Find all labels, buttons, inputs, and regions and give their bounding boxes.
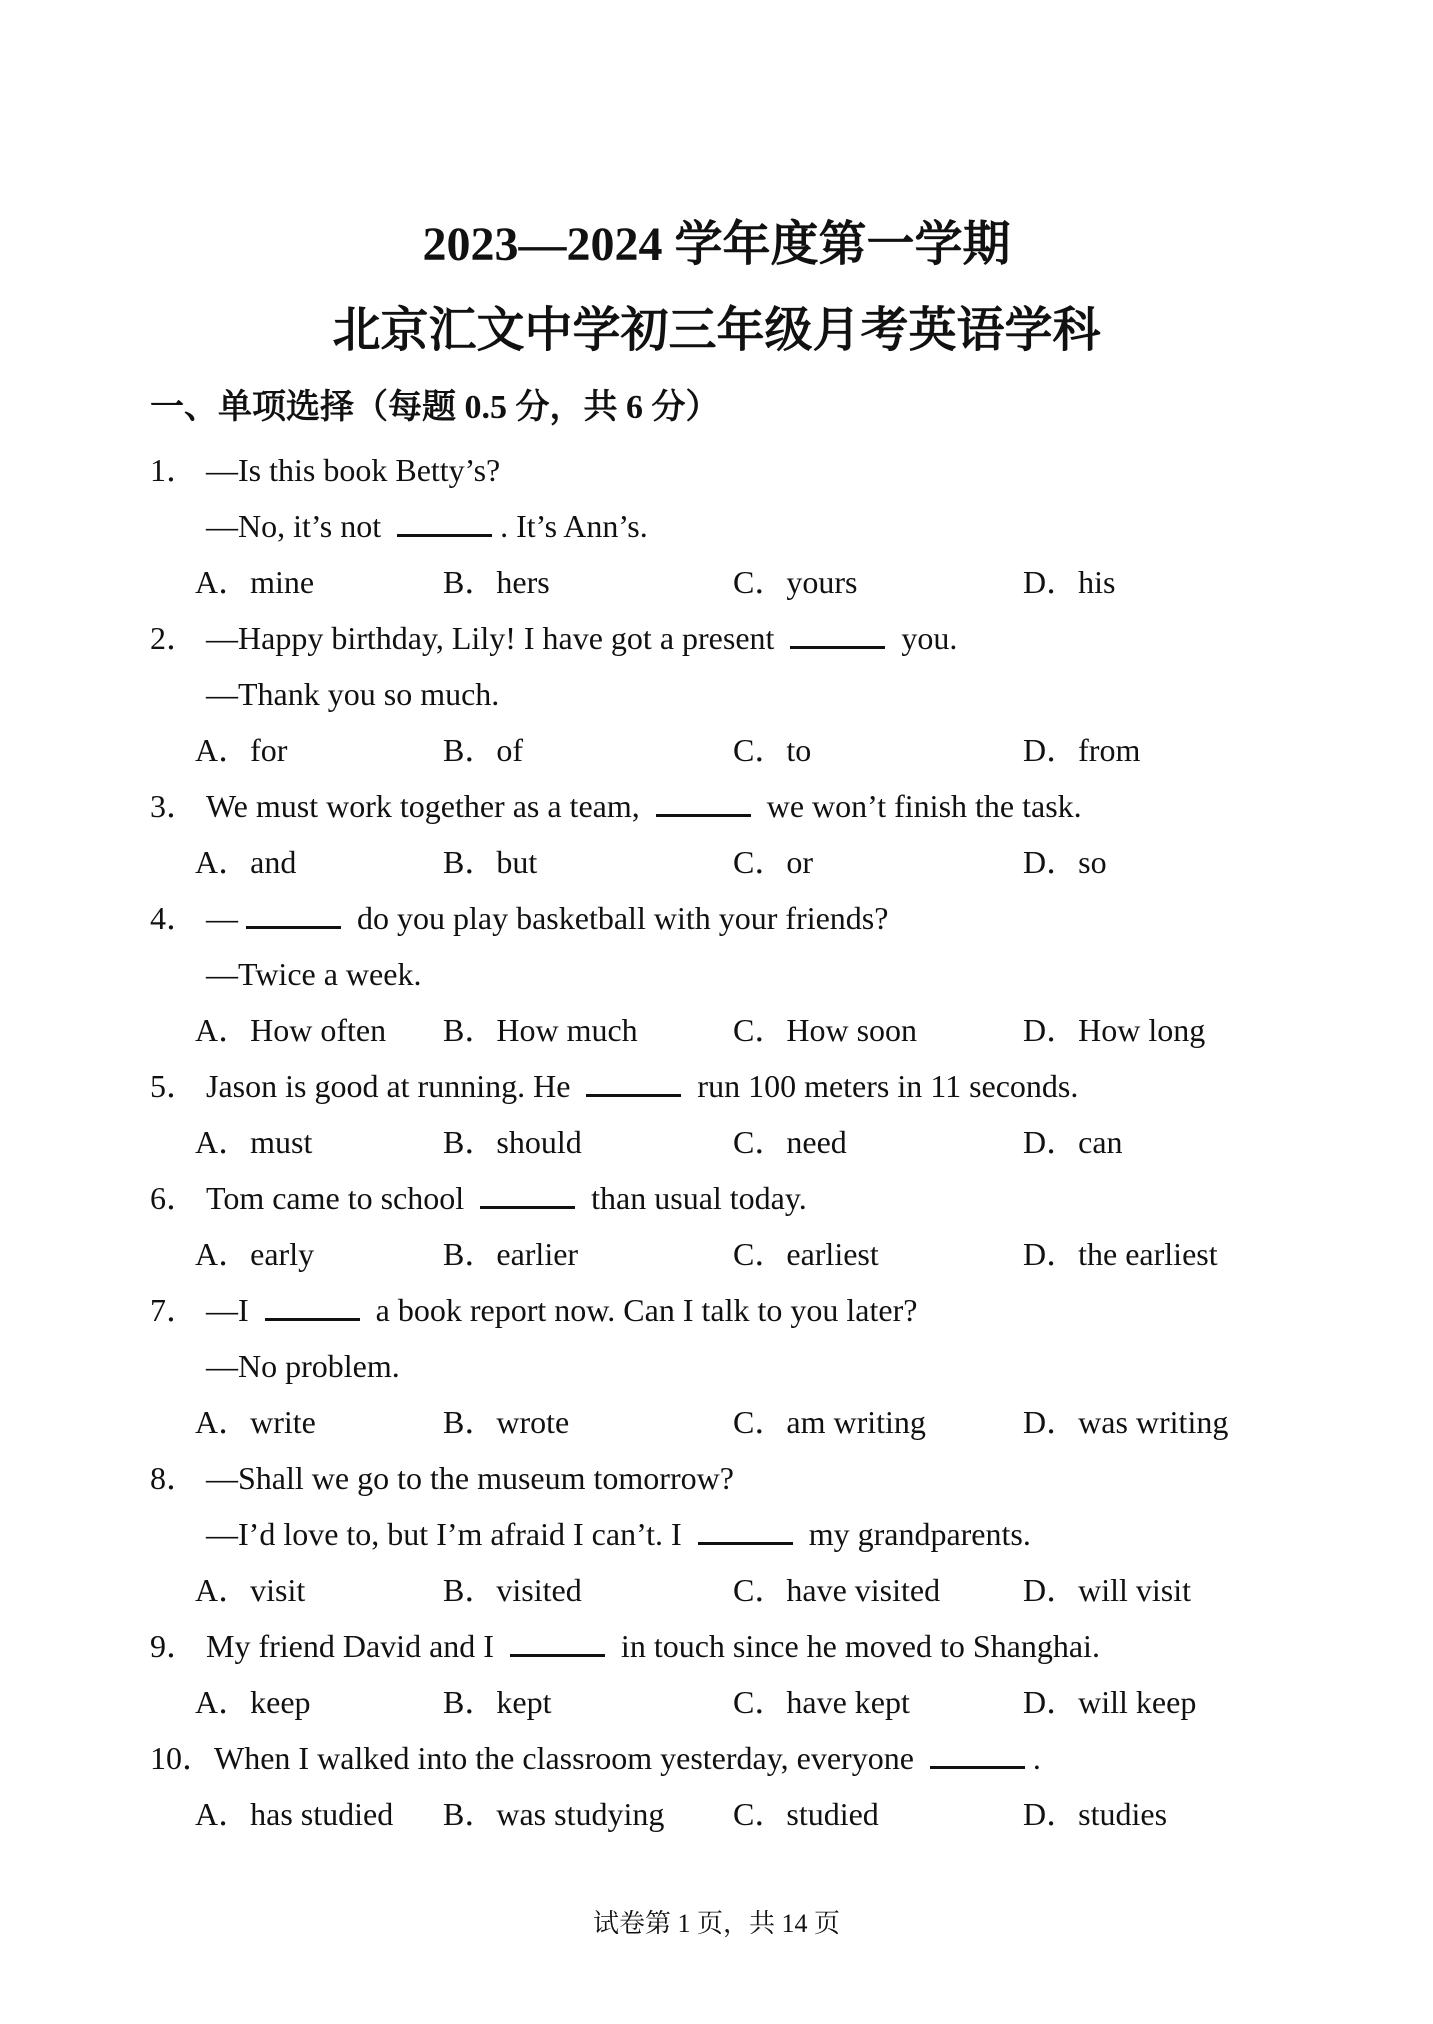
question-text: —I [206, 1292, 257, 1328]
option-text: visited [496, 1572, 581, 1608]
question-text: we won’t finish the task. [759, 788, 1082, 824]
option-D: D．so [1023, 834, 1343, 890]
question-text: My friend David and I [206, 1628, 502, 1664]
questions: 1．—Is this book Betty’s?—No, it’s not . … [150, 442, 1343, 1842]
option-label: A． [195, 1572, 250, 1608]
question-line: 9．My friend David and I in touch since h… [150, 1618, 1343, 1674]
option-label: D． [1023, 1012, 1078, 1048]
option-label: B． [443, 564, 496, 600]
option-B: B．but [443, 834, 733, 890]
question-line: 7．—I a book report now. Can I talk to yo… [150, 1282, 1343, 1338]
option-text: must [250, 1124, 312, 1160]
question-number: 2． [150, 610, 206, 666]
option-text: have kept [786, 1684, 910, 1720]
option-label: C． [733, 732, 786, 768]
options-row: A．earlyB．earlierC．earliestD．the earliest [150, 1226, 1343, 1282]
question-number: 9． [150, 1618, 206, 1674]
option-B: B．kept [443, 1674, 733, 1730]
option-A: A．early [195, 1226, 443, 1282]
option-C: C．have visited [733, 1562, 1023, 1618]
answer-blank-q2 [790, 619, 885, 649]
option-D: D．can [1023, 1114, 1343, 1170]
option-label: A． [195, 732, 250, 768]
option-label: B． [443, 1572, 496, 1608]
question-line: —I’d love to, but I’m afraid I can’t. I … [150, 1506, 1343, 1562]
option-C: C．studied [733, 1786, 1023, 1842]
question-text: —No, it’s not [206, 508, 389, 544]
question-9: 9．My friend David and I in touch since h… [150, 1618, 1343, 1730]
question-text: Jason is good at running. He [206, 1068, 578, 1104]
question-text: Tom came to school [206, 1180, 472, 1216]
option-label: B． [443, 732, 496, 768]
option-C: C．or [733, 834, 1023, 890]
question-text: —Thank you so much. [206, 676, 499, 712]
option-label: D． [1023, 844, 1078, 880]
question-line: 2．—Happy birthday, Lily! I have got a pr… [150, 610, 1343, 666]
answer-blank-q3 [656, 787, 751, 817]
option-label: C． [733, 1404, 786, 1440]
option-D: D．his [1023, 554, 1343, 610]
question-line: 10．When I walked into the classroom yest… [150, 1730, 1343, 1786]
question-text: run 100 meters in 11 seconds. [689, 1068, 1078, 1104]
option-label: C． [733, 564, 786, 600]
question-5: 5．Jason is good at running. He run 100 m… [150, 1058, 1343, 1170]
option-text: wrote [496, 1404, 569, 1440]
option-B: B．wrote [443, 1394, 733, 1450]
question-number: 4． [150, 890, 206, 946]
question-text: than usual today. [583, 1180, 807, 1216]
answer-blank-q4 [246, 899, 341, 929]
option-text: can [1078, 1124, 1122, 1160]
question-3: 3．We must work together as a team, we wo… [150, 778, 1343, 890]
question-4: 4．— do you play basketball with your fri… [150, 890, 1343, 1058]
option-text: yours [786, 564, 857, 600]
option-text: has studied [250, 1796, 393, 1832]
question-text: do you play basketball with your friends… [349, 900, 888, 936]
options-row: A．forB．ofC．toD．from [150, 722, 1343, 778]
option-B: B．of [443, 722, 733, 778]
question-number: 3． [150, 778, 206, 834]
option-D: D．How long [1023, 1002, 1343, 1058]
option-C: C．to [733, 722, 1023, 778]
option-label: A． [195, 1796, 250, 1832]
option-label: A． [195, 564, 250, 600]
question-line: —No, it’s not . It’s Ann’s. [150, 498, 1343, 554]
option-label: B． [443, 1012, 496, 1048]
option-text: or [786, 844, 813, 880]
option-label: D． [1023, 564, 1078, 600]
question-line: 8．—Shall we go to the museum tomorrow? [150, 1450, 1343, 1506]
question-line: 3．We must work together as a team, we wo… [150, 778, 1343, 834]
option-text: to [786, 732, 811, 768]
option-text: so [1078, 844, 1106, 880]
option-text: the earliest [1078, 1236, 1217, 1272]
page-footer: 试卷第 1 页，共 14 页 [90, 1908, 1343, 1940]
option-text: will visit [1078, 1572, 1191, 1608]
option-text: studies [1078, 1796, 1167, 1832]
option-label: D． [1023, 1796, 1078, 1832]
exam-paper-page: 2023—2024 学年度第一学期 北京汇文中学初三年级月考英语学科 一、单项选… [0, 0, 1433, 2024]
option-text: How much [496, 1012, 637, 1048]
question-number: 1． [150, 442, 206, 498]
option-label: C． [733, 1012, 786, 1048]
question-text: you. [893, 620, 957, 656]
option-text: earliest [786, 1236, 878, 1272]
question-text: in touch since he moved to Shanghai. [613, 1628, 1100, 1664]
question-text: —No problem. [206, 1348, 400, 1384]
option-C: C．need [733, 1114, 1023, 1170]
option-text: visit [250, 1572, 305, 1608]
option-D: D．studies [1023, 1786, 1343, 1842]
options-row: A．keepB．keptC．have keptD．will keep [150, 1674, 1343, 1730]
option-label: B． [443, 1124, 496, 1160]
question-line: —Twice a week. [150, 946, 1343, 1002]
options-row: A．andB．butC．orD．so [150, 834, 1343, 890]
option-B: B．was studying [443, 1786, 733, 1842]
option-label: B． [443, 1236, 496, 1272]
option-text: his [1078, 564, 1115, 600]
answer-blank-q10 [930, 1739, 1025, 1769]
option-text: early [250, 1236, 314, 1272]
option-label: D． [1023, 1236, 1078, 1272]
option-text: am writing [786, 1404, 926, 1440]
option-text: for [250, 732, 287, 768]
option-C: C．yours [733, 554, 1023, 610]
option-label: B． [443, 844, 496, 880]
option-label: B． [443, 1684, 496, 1720]
question-7: 7．—I a book report now. Can I talk to yo… [150, 1282, 1343, 1450]
option-B: B．earlier [443, 1226, 733, 1282]
question-text: . It’s Ann’s. [500, 508, 648, 544]
option-A: A．How often [195, 1002, 443, 1058]
option-label: A． [195, 1236, 250, 1272]
option-C: C．am writing [733, 1394, 1023, 1450]
question-number: 6． [150, 1170, 206, 1226]
option-label: B． [443, 1796, 496, 1832]
option-C: C．earliest [733, 1226, 1023, 1282]
option-text: was studying [496, 1796, 664, 1832]
option-label: D． [1023, 1572, 1078, 1608]
option-text: How soon [786, 1012, 917, 1048]
option-text: of [496, 732, 523, 768]
question-text: a book report now. Can I talk to you lat… [368, 1292, 918, 1328]
answer-blank-q1 [397, 507, 492, 537]
option-text: keep [250, 1684, 310, 1720]
option-A: A．has studied [195, 1786, 443, 1842]
option-label: A． [195, 844, 250, 880]
option-D: D．from [1023, 722, 1343, 778]
question-line: 6．Tom came to school than usual today. [150, 1170, 1343, 1226]
option-text: but [496, 844, 537, 880]
answer-blank-q7 [265, 1291, 360, 1321]
options-row: A．mineB．hersC．yoursD．his [150, 554, 1343, 610]
option-B: B．visited [443, 1562, 733, 1618]
question-text: We must work together as a team, [206, 788, 648, 824]
option-label: B． [443, 1404, 496, 1440]
options-row: A．mustB．shouldC．needD．can [150, 1114, 1343, 1170]
question-number: 8． [150, 1450, 206, 1506]
options-row: A．visitB．visitedC．have visitedD．will vis… [150, 1562, 1343, 1618]
answer-blank-q8 [698, 1515, 793, 1545]
option-label: C． [733, 1684, 786, 1720]
option-A: A．must [195, 1114, 443, 1170]
option-D: D．was writing [1023, 1394, 1343, 1450]
question-2: 2．—Happy birthday, Lily! I have got a pr… [150, 610, 1343, 778]
question-text: . [1033, 1740, 1041, 1776]
option-text: studied [786, 1796, 878, 1832]
option-text: and [250, 844, 296, 880]
option-A: A．and [195, 834, 443, 890]
option-text: earlier [496, 1236, 578, 1272]
question-number: 5． [150, 1058, 206, 1114]
question-1: 1．—Is this book Betty’s?—No, it’s not . … [150, 442, 1343, 610]
question-text: —Happy birthday, Lily! I have got a pres… [206, 620, 782, 656]
question-number: 10． [150, 1730, 214, 1786]
option-A: A．mine [195, 554, 443, 610]
option-label: A． [195, 1684, 250, 1720]
option-D: D．the earliest [1023, 1226, 1343, 1282]
question-line: 4．— do you play basketball with your fri… [150, 890, 1343, 946]
option-text: hers [496, 564, 549, 600]
question-number: 7． [150, 1282, 206, 1338]
exam-title-line1: 2023—2024 学年度第一学期 [90, 218, 1343, 272]
question-line: 1．—Is this book Betty’s? [150, 442, 1343, 498]
option-text: write [250, 1404, 316, 1440]
question-line: 5．Jason is good at running. He run 100 m… [150, 1058, 1343, 1114]
option-label: C． [733, 1796, 786, 1832]
question-line: —Thank you so much. [150, 666, 1343, 722]
option-C: C．How soon [733, 1002, 1023, 1058]
option-text: How often [250, 1012, 386, 1048]
question-10: 10．When I walked into the classroom yest… [150, 1730, 1343, 1842]
option-label: D． [1023, 1404, 1078, 1440]
question-text: — [206, 900, 238, 936]
option-label: D． [1023, 732, 1078, 768]
option-text: was writing [1078, 1404, 1228, 1440]
option-D: D．will visit [1023, 1562, 1343, 1618]
option-label: A． [195, 1404, 250, 1440]
option-text: should [496, 1124, 581, 1160]
question-6: 6．Tom came to school than usual today.A．… [150, 1170, 1343, 1282]
question-text: —Is this book Betty’s? [206, 452, 500, 488]
option-B: B．How much [443, 1002, 733, 1058]
option-D: D．will keep [1023, 1674, 1343, 1730]
question-line: —No problem. [150, 1338, 1343, 1394]
option-text: kept [496, 1684, 551, 1720]
option-label: C． [733, 1236, 786, 1272]
section-heading: 一、单项选择（每题 0.5 分，共 6 分） [150, 388, 1343, 428]
option-text: have visited [786, 1572, 940, 1608]
option-label: D． [1023, 1124, 1078, 1160]
question-text: —Shall we go to the museum tomorrow? [206, 1460, 734, 1496]
question-text: —Twice a week. [206, 956, 421, 992]
option-A: A．visit [195, 1562, 443, 1618]
answer-blank-q5 [586, 1067, 681, 1097]
options-row: A．has studiedB．was studyingC．studiedD．st… [150, 1786, 1343, 1842]
exam-title-line2: 北京汇文中学初三年级月考英语学科 [90, 304, 1343, 358]
option-label: C． [733, 844, 786, 880]
option-text: How long [1078, 1012, 1205, 1048]
option-label: C． [733, 1124, 786, 1160]
option-B: B．hers [443, 554, 733, 610]
option-A: A．write [195, 1394, 443, 1450]
answer-blank-q9 [510, 1627, 605, 1657]
option-text: need [786, 1124, 846, 1160]
option-label: A． [195, 1124, 250, 1160]
option-A: A．for [195, 722, 443, 778]
option-label: A． [195, 1012, 250, 1048]
options-row: A．How oftenB．How muchC．How soonD．How lon… [150, 1002, 1343, 1058]
question-text: When I walked into the classroom yesterd… [214, 1740, 922, 1776]
question-text: —I’d love to, but I’m afraid I can’t. I [206, 1516, 690, 1552]
option-C: C．have kept [733, 1674, 1023, 1730]
option-B: B．should [443, 1114, 733, 1170]
option-text: from [1078, 732, 1140, 768]
options-row: A．writeB．wroteC．am writingD．was writing [150, 1394, 1343, 1450]
answer-blank-q6 [480, 1179, 575, 1209]
option-label: C． [733, 1572, 786, 1608]
option-label: D． [1023, 1684, 1078, 1720]
option-text: mine [250, 564, 314, 600]
option-text: will keep [1078, 1684, 1196, 1720]
option-A: A．keep [195, 1674, 443, 1730]
question-8: 8．—Shall we go to the museum tomorrow?—I… [150, 1450, 1343, 1618]
question-text: my grandparents. [801, 1516, 1031, 1552]
